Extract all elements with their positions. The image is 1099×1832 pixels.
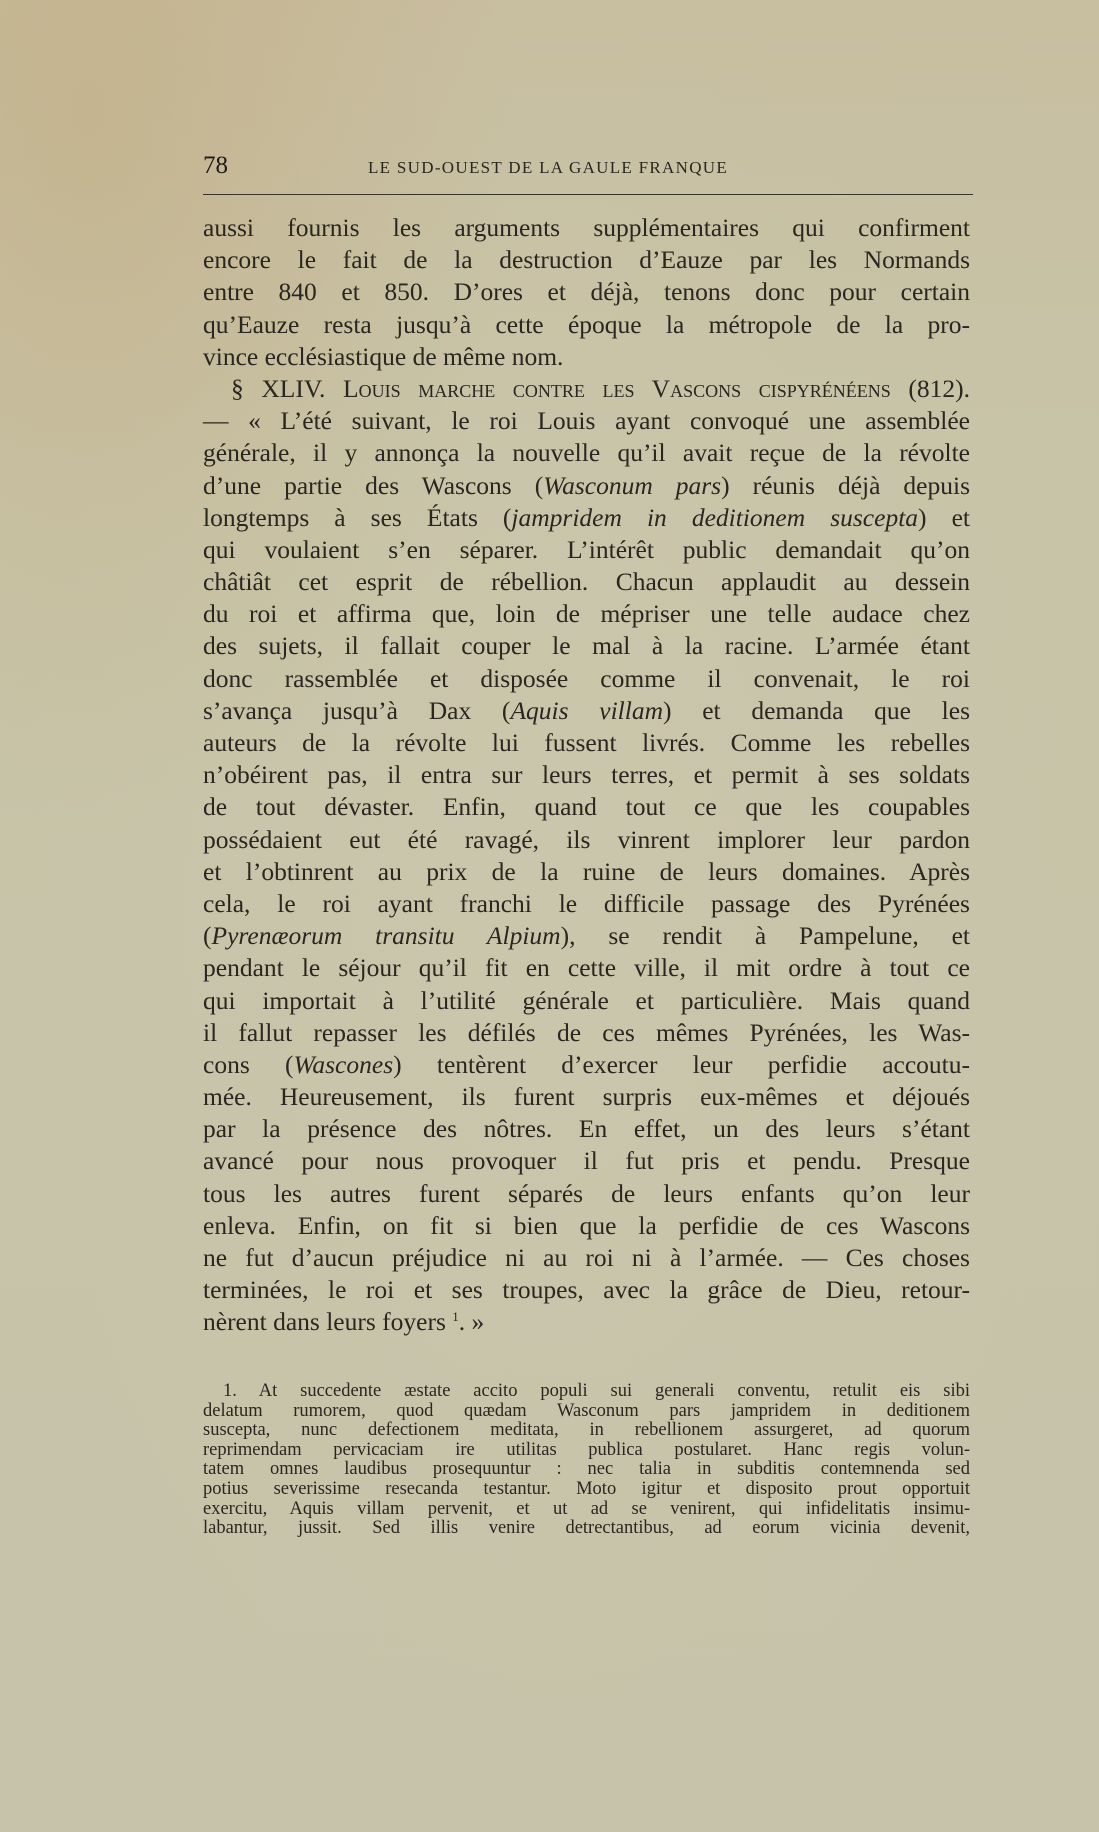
text-span: . »	[459, 1307, 485, 1336]
text-line: n’obéirent pas, il entra sur leurs terre…	[203, 759, 970, 791]
text-line: cela, le roi ayant franchi le difficile …	[203, 888, 970, 920]
section-heading: § XLIV. Louis marche contre les Vascons …	[203, 373, 970, 405]
text-line: et l’obtinrent au prix de la ruine de le…	[203, 856, 970, 888]
page-number: 78	[203, 152, 228, 180]
text-span: (	[203, 921, 212, 950]
text-line: pendant le séjour qu’il fit en cette vil…	[203, 952, 970, 984]
text-line: d’une partie des Wascons (Wasconum pars)…	[203, 470, 970, 502]
text-line: qui voulaient s’en séparer. L’intérêt pu…	[203, 534, 970, 566]
text-span: ), se rendit à Pampelune, et	[561, 921, 970, 950]
latin-phrase: Wascones	[293, 1050, 393, 1079]
text-line: qui importait à l’utilité générale et pa…	[203, 985, 970, 1017]
text-line: s’avança jusqu’à Dax (Aquis villam) et d…	[203, 695, 970, 727]
text-line: châtiât cet esprit de rébellion. Chacun …	[203, 566, 970, 598]
footnote-line: potius severissime resecanda testantur. …	[203, 1480, 970, 1500]
text-line: du roi et affirma que, loin de mépriser …	[203, 598, 970, 630]
text-line: donc rassemblée et disposée comme il con…	[203, 663, 970, 695]
text-span: longtemps à ses États (	[203, 503, 511, 532]
text-span: ) tentèrent d’exercer leur perfidie acco…	[393, 1050, 970, 1079]
text-span: d’une partie des Wascons (	[203, 471, 543, 500]
page-header: 78 LE SUD-OUEST DE LA GAULE FRANQUE	[203, 152, 970, 188]
latin-phrase: Wasconum pars	[543, 471, 721, 500]
header-rule	[203, 194, 973, 195]
book-page: 78 LE SUD-OUEST DE LA GAULE FRANQUE auss…	[0, 0, 1099, 1832]
footnote-line: labantur, jussit. Sed illis venire detre…	[203, 1519, 970, 1539]
text-line: encore le fait de la destruction d’Eauze…	[203, 244, 970, 276]
text-line: par la présence des nôtres. En effet, un…	[203, 1113, 970, 1145]
text-line: tous les autres furent séparés de leurs …	[203, 1178, 970, 1210]
text-span: ) et	[918, 503, 970, 532]
text-line: aussi fournis les arguments supplémentai…	[203, 212, 970, 244]
footnote: 1. At succedente æstate accito populi su…	[203, 1382, 970, 1539]
text-line: — « L’été suivant, le roi Louis ayant co…	[203, 405, 970, 437]
text-line: possédaient eut été ravagé, ils vinrent …	[203, 824, 970, 856]
running-title: LE SUD-OUEST DE LA GAULE FRANQUE	[368, 158, 728, 178]
text-line: qu’Eauze resta jusqu’à cette époque la m…	[203, 309, 970, 341]
text-line: avancé pour nous provoquer il fut pris e…	[203, 1145, 970, 1177]
latin-phrase: Aquis villam	[510, 696, 663, 725]
text-line: longtemps à ses États (jampridem in dedi…	[203, 502, 970, 534]
text-span: nèrent dans leurs foyers	[203, 1307, 452, 1336]
main-text: aussi fournis les arguments supplémentai…	[203, 212, 970, 1339]
text-line: de tout dévaster. Enfin, quand tout ce q…	[203, 791, 970, 823]
section-number: § XLIV.	[231, 374, 325, 403]
text-line: (Pyrenæorum transitu Alpium), se rendit …	[203, 920, 970, 952]
section-date: (812).	[908, 374, 970, 403]
footnote-line: reprimendam pervicaciam ire utilitas pub…	[203, 1441, 970, 1461]
text-line: enleva. Enfin, on fit si bien que la per…	[203, 1210, 970, 1242]
text-line: vince ecclésiastique de même nom.	[203, 341, 970, 373]
text-span: ) et demanda que les	[663, 696, 970, 725]
text-line: il fallut repasser les défilés de ces mê…	[203, 1017, 970, 1049]
text-line: cons (Wascones) tentèrent d’exercer leur…	[203, 1049, 970, 1081]
text-span: s’avança jusqu’à Dax (	[203, 696, 510, 725]
text-span: cons (	[203, 1050, 293, 1079]
text-line: ne fut d’aucun préjudice ni au roi ni à …	[203, 1242, 970, 1274]
footnote-line: 1. At succedente æstate accito populi su…	[203, 1382, 970, 1402]
text-line: générale, il y annonça la nouvelle qu’il…	[203, 437, 970, 469]
footnote-line: delatum rumorem, quod quædam Wasconum pa…	[203, 1402, 970, 1422]
footnote-line: tatem omnes laudibus prosequuntur : nec …	[203, 1460, 970, 1480]
text-line: nèrent dans leurs foyers 1. »	[203, 1306, 970, 1338]
footnote-line: exercitu, Aquis villam pervenit, et ut a…	[203, 1500, 970, 1520]
latin-phrase: Pyrenæorum transitu Alpium	[212, 921, 561, 950]
text-line: entre 840 et 850. D’ores et déjà, tenons…	[203, 276, 970, 308]
text-line: auteurs de la révolte lui fussent livrés…	[203, 727, 970, 759]
latin-phrase: jampridem in deditionem suscepta	[511, 503, 918, 532]
footnote-line: suscepta, nunc defectionem meditata, in …	[203, 1421, 970, 1441]
section-title: Louis marche contre les Vascons cispyrén…	[343, 374, 891, 403]
text-line: mée. Heureusement, ils furent surpris eu…	[203, 1081, 970, 1113]
text-line: terminées, le roi et ses troupes, avec l…	[203, 1274, 970, 1306]
text-line: des sujets, il fallait couper le mal à l…	[203, 630, 970, 662]
text-span: ) réunis déjà depuis	[721, 471, 970, 500]
